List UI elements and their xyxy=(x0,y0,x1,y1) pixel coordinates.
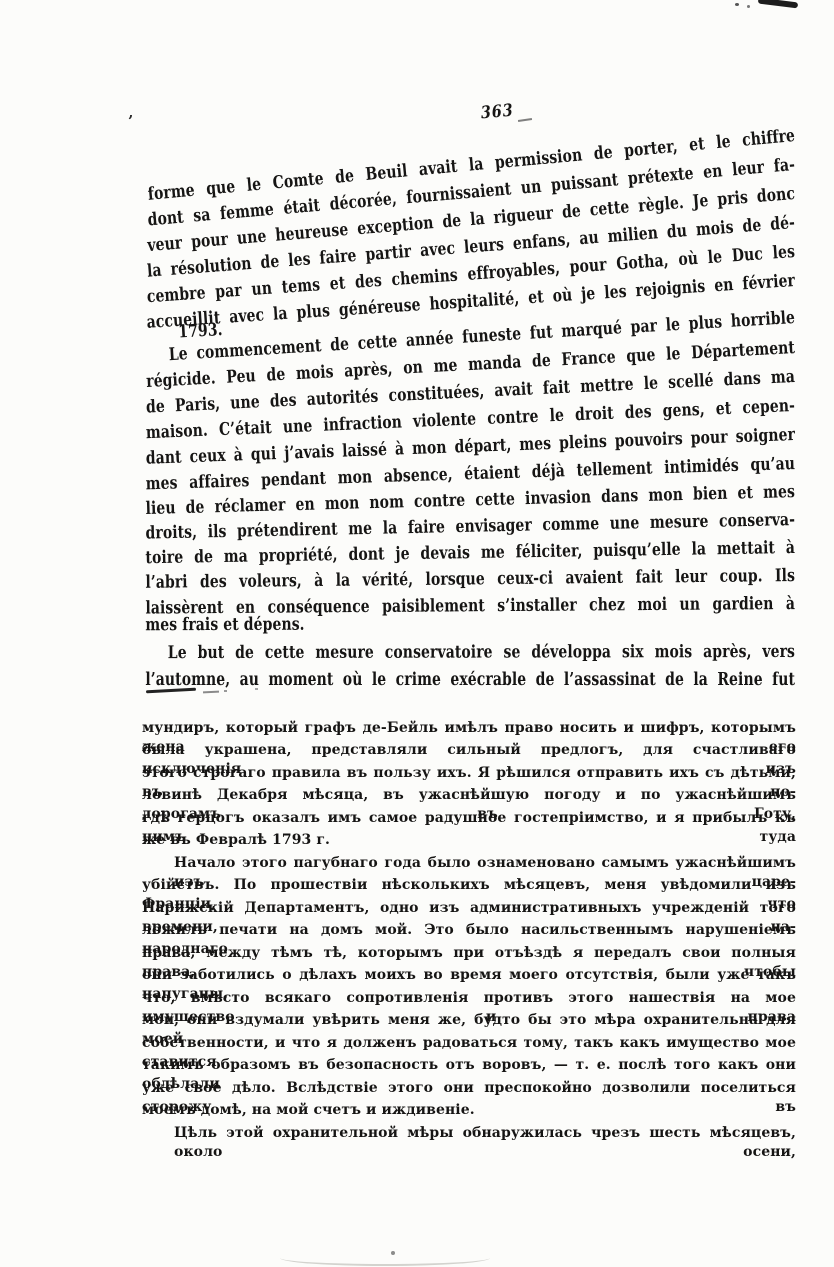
margin-stray-mark: ’ xyxy=(128,112,133,130)
russian-line-7: убійствъ. По прошествіи нѣсколькихъ мѣся… xyxy=(142,876,796,897)
russian-line-17: моемъ домѣ, на мой счетъ и иждивеніе. xyxy=(142,1101,796,1122)
russian-line-14: собственности, и что я долженъ радоватьс… xyxy=(142,1034,796,1055)
russian-line-5: же въ Февралѣ 1793 г. xyxy=(142,831,796,852)
bottom-edge-arc xyxy=(280,1250,490,1266)
french-line-20: l’automne, au moment où le crime exécrab… xyxy=(145,668,795,694)
russian-line-4: гдѣ герцогъ оказалъ имъ самое радушное г… xyxy=(142,809,796,830)
russian-line-10: права; между тѣмъ тѣ, которымъ при отъѣз… xyxy=(142,944,796,965)
corner-ink-blot xyxy=(758,0,798,8)
russian-line-0: мундиръ, который графъ де-Бейль имѣлъ пр… xyxy=(142,719,796,740)
russian-line-2: этого строгаго правила въ пользу ихъ. Я … xyxy=(142,764,796,785)
russian-line-13: мои, они вздумали увѣрить меня же, будто… xyxy=(142,1011,796,1032)
russian-line-11: они заботились о дѣлахъ моихъ во время м… xyxy=(142,966,796,987)
french-line-19: Le but de cette mesure conservatoire se … xyxy=(145,640,795,667)
footnote-separator-speck-2 xyxy=(255,688,258,690)
russian-line-15: такимъ образомъ въ безопасность отъ воро… xyxy=(142,1056,796,1077)
french-line-18: mes frais et dépens. xyxy=(145,611,795,639)
page-number: 363 xyxy=(480,101,514,124)
russian-line-8: Парижскій Департаментъ, одно изъ админис… xyxy=(142,899,796,920)
russian-line-9: ложилъ печати на домъ мой. Это было наси… xyxy=(142,921,796,942)
corner-ink-dot xyxy=(735,3,739,6)
russian-line-16: уже свое дѣло. Вслѣдствіе этого они прес… xyxy=(142,1079,796,1100)
page-number-dash-mark xyxy=(518,118,532,122)
footnote-separator-speck xyxy=(224,690,227,692)
russian-line-6: Начало этого пагубнаго года было ознамен… xyxy=(142,854,796,875)
russian-line-3: ловинѣ Декабря мѣсяца, въ ужаснѣйшую пог… xyxy=(142,786,796,807)
russian-line-1: была украшена, представляли сильный пред… xyxy=(142,741,796,762)
russian-line-12: что, вмѣсто всякаго сопротивленія против… xyxy=(142,989,796,1010)
russian-line-18: Цѣль этой охранительной мѣры обнаружилас… xyxy=(142,1124,796,1145)
corner-ink-dot-2 xyxy=(747,5,750,8)
scanned-book-page: ’ 363 forme que le Comte de Beuil avait … xyxy=(0,0,834,1267)
